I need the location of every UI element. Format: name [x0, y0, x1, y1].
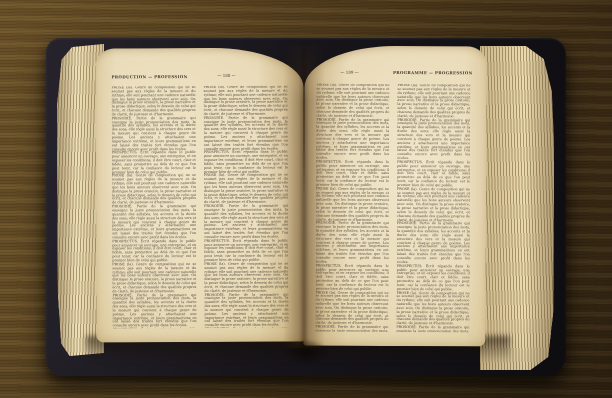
left-page-number: — 188 — — [217, 73, 235, 78]
left-page: PRODUCTION — PROFESSION — 188 — PROSE (l… — [95, 48, 304, 343]
right-running-head: PROGRAMME — PROGRESSION — [393, 70, 473, 75]
left-running-head: PRODUCTION — PROFESSION — [111, 74, 187, 79]
right-page-column-1: PROSE (la). Genre de composition qui ne … — [315, 84, 389, 332]
photo-scene: PRODUCTION — PROFESSION — 188 — PROSE (l… — [0, 0, 612, 398]
open-book: PRODUCTION — PROFESSION — 188 — PROSE (l… — [0, 0, 612, 398]
right-page-number: — 189 — — [341, 70, 359, 75]
gutter-shadow — [283, 46, 325, 348]
left-page-column-2: PROSE (la). Genre de composition qui ne … — [204, 86, 289, 328]
right-page: — 189 — PROGRAMME — PROGRESSION PROSE (l… — [303, 46, 486, 347]
left-page-column-1: PROSE (la). Genre de composition qui ne … — [112, 86, 197, 328]
right-page-stack-edge — [480, 46, 554, 370]
spine-bottom-notch — [276, 338, 336, 368]
right-page-column-2: PROSE (la). Genre de composition qui ne … — [396, 84, 470, 332]
